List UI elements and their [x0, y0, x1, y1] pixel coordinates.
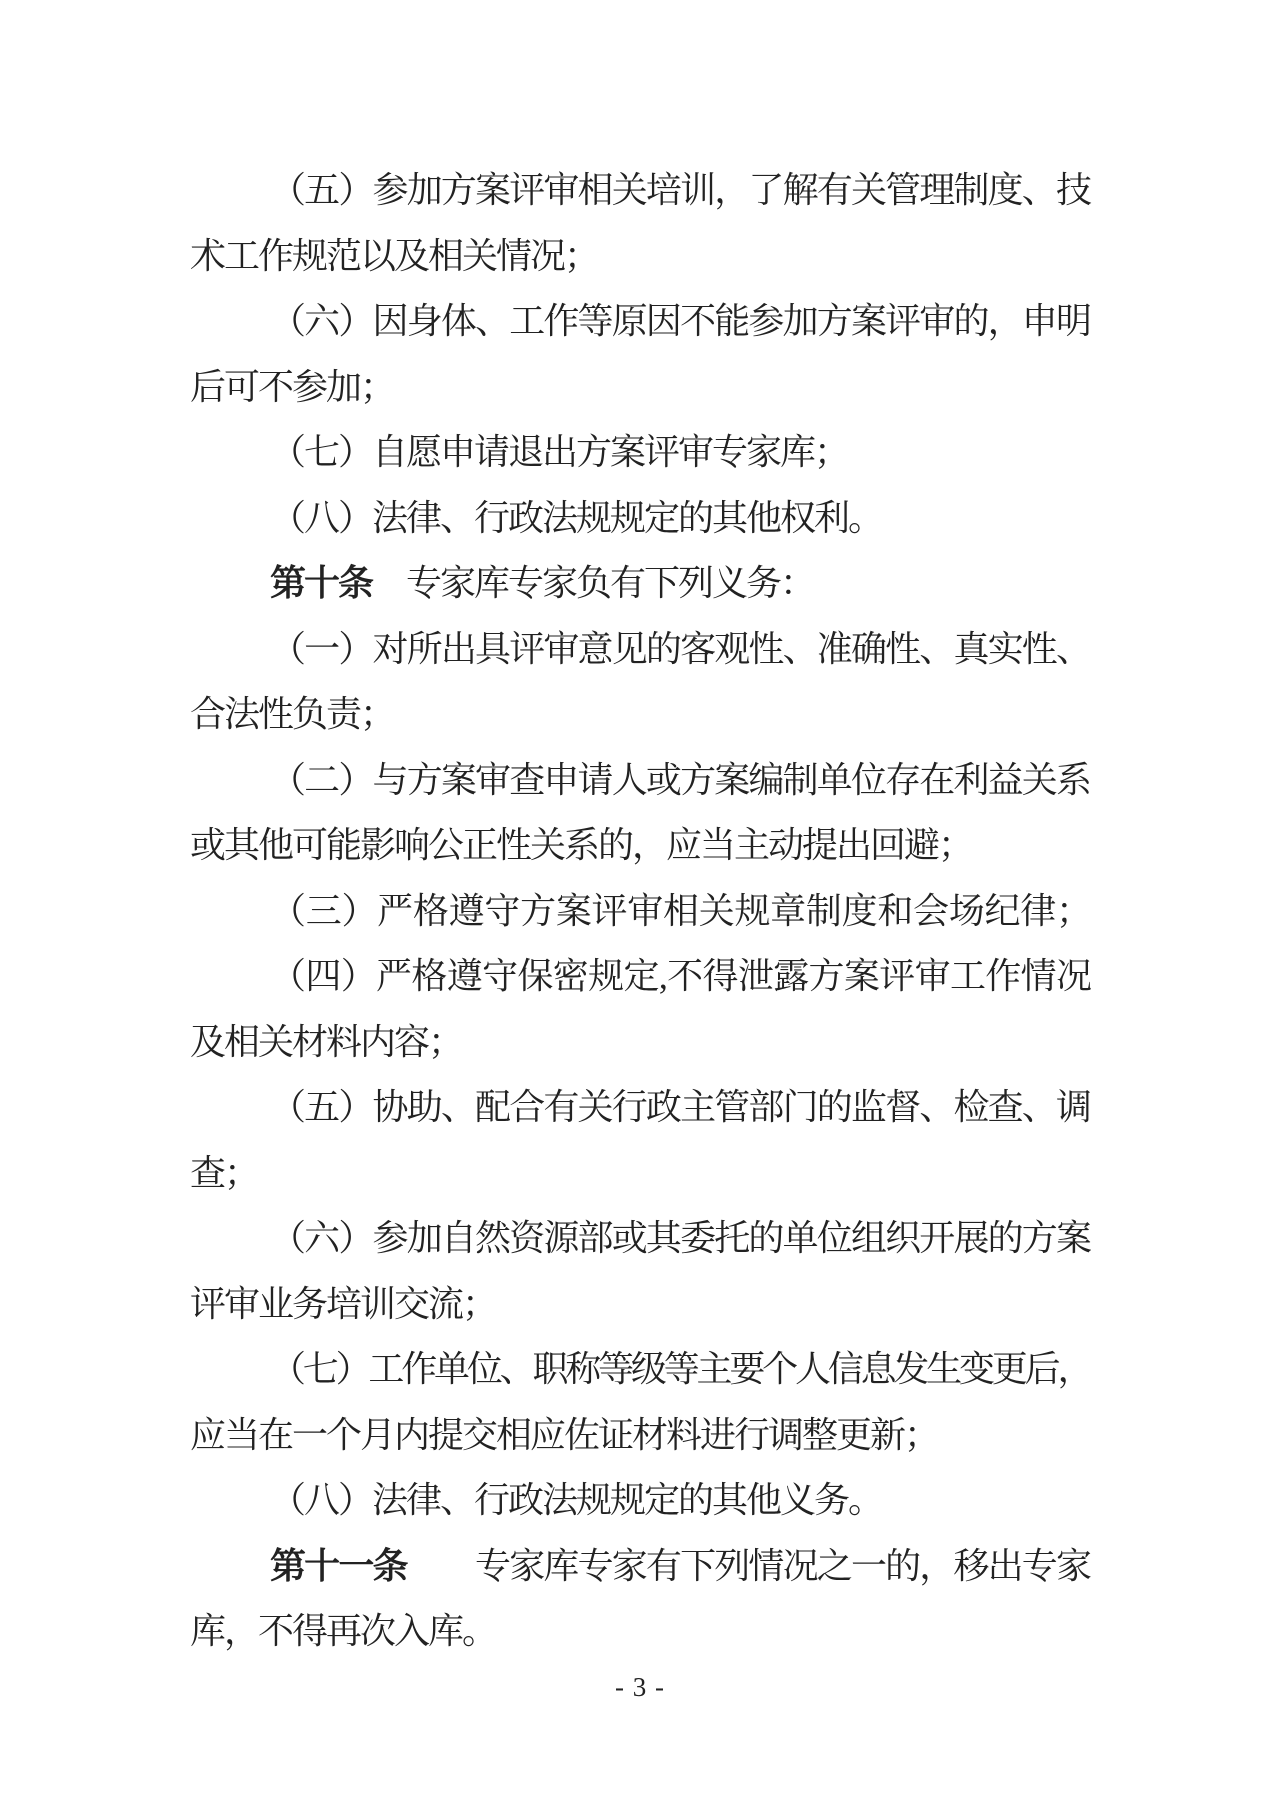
text-line: （八）法律、行政法规规定的其他义务。 — [190, 1468, 1090, 1534]
text-line: （七）自愿申请退出方案评审专家库； — [190, 420, 1090, 486]
text-line: （六）因身体、工作等原因不能参加方案评审的，申明 — [190, 289, 1090, 355]
line-text: （五）协助、配合有关行政主管部门的监督、检查、调 — [270, 1087, 1090, 1127]
line-text: 后可不参加； — [190, 367, 394, 407]
line-text: （八）法律、行政法规规定的其他义务。 — [270, 1480, 882, 1520]
text-line: 术工作规范以及相关情况； — [190, 224, 1090, 290]
line-text: 库，不得再次入库。 — [190, 1611, 496, 1651]
line-text: （六）因身体、工作等原因不能参加方案评审的，申明 — [270, 301, 1090, 341]
text-line: （八）法律、行政法规规定的其他权利。 — [190, 486, 1090, 552]
text-line: 或其他可能影响公正性关系的，应当主动提出回避； — [190, 813, 1090, 879]
text-line: （五）参加方案评审相关培训，了解有关管理制度、技 — [190, 158, 1090, 224]
text-line: 查； — [190, 1141, 1090, 1207]
article-number: 第十条 — [270, 563, 372, 603]
text-line: （五）协助、配合有关行政主管部门的监督、检查、调 — [190, 1075, 1090, 1141]
line-text: 评审业务培训交流； — [190, 1284, 496, 1324]
line-text: （七）工作单位、职称等级等主要个人信息发生变更后， — [270, 1349, 1090, 1389]
line-text: （八）法律、行政法规规定的其他权利。 — [270, 498, 882, 538]
text-line: 及相关材料内容； — [190, 1010, 1090, 1076]
line-text: 或其他可能影响公正性关系的，应当主动提出回避； — [190, 825, 972, 865]
line-text: （六）参加自然资源部或其委托的单位组织开展的方案 — [270, 1218, 1090, 1258]
line-text: （一）对所出具评审意见的客观性、准确性、真实性、 — [270, 629, 1090, 669]
line-text: （四）严格遵守保密规定,不得泄露方案评审工作情况 — [270, 956, 1090, 996]
line-text: 合法性负责； — [190, 694, 394, 734]
line-text: 及相关材料内容； — [190, 1022, 462, 1062]
article-number: 第十一条 — [270, 1546, 407, 1586]
text-line: 第十一条 专家库专家有下列情况之一的，移出专家 — [190, 1534, 1090, 1600]
document-page: （五）参加方案评审相关培训，了解有关管理制度、技 术工作规范以及相关情况； （六… — [0, 0, 1280, 1810]
line-text: 术工作规范以及相关情况； — [190, 236, 598, 276]
text-line: 应当在一个月内提交相应佐证材料进行调整更新； — [190, 1403, 1090, 1469]
line-text: 应当在一个月内提交相应佐证材料进行调整更新； — [190, 1415, 938, 1455]
text-line: 合法性负责； — [190, 682, 1090, 748]
text-line: （六）参加自然资源部或其委托的单位组织开展的方案 — [190, 1206, 1090, 1272]
text-line: （四）严格遵守保密规定,不得泄露方案评审工作情况 — [190, 944, 1090, 1010]
line-text: （三）严格遵守方案评审相关规章制度和会场纪律； — [270, 891, 1090, 931]
text-line: 第十条 专家库专家负有下列义务： — [190, 551, 1090, 617]
line-text: （七）自愿申请退出方案评审专家库； — [270, 432, 848, 472]
line-text: 专家库专家有下列情况之一的，移出专家 — [407, 1546, 1090, 1586]
line-text: 查； — [190, 1153, 258, 1193]
text-line: （三）严格遵守方案评审相关规章制度和会场纪律； — [190, 879, 1090, 945]
page-number: - 3 - — [0, 1672, 1280, 1703]
line-text: （五）参加方案评审相关培训，了解有关管理制度、技 — [270, 170, 1090, 210]
text-line: （一）对所出具评审意见的客观性、准确性、真实性、 — [190, 617, 1090, 683]
line-text: 专家库专家负有下列义务： — [372, 563, 814, 603]
text-line: （二）与方案审查申请人或方案编制单位存在利益关系 — [190, 748, 1090, 814]
text-line: （七）工作单位、职称等级等主要个人信息发生变更后， — [190, 1337, 1090, 1403]
document-body: （五）参加方案评审相关培训，了解有关管理制度、技 术工作规范以及相关情况； （六… — [190, 158, 1090, 1665]
text-line: 评审业务培训交流； — [190, 1272, 1090, 1338]
text-line: 后可不参加； — [190, 355, 1090, 421]
line-text: （二）与方案审查申请人或方案编制单位存在利益关系 — [270, 760, 1090, 800]
text-line: 库，不得再次入库。 — [190, 1599, 1090, 1665]
